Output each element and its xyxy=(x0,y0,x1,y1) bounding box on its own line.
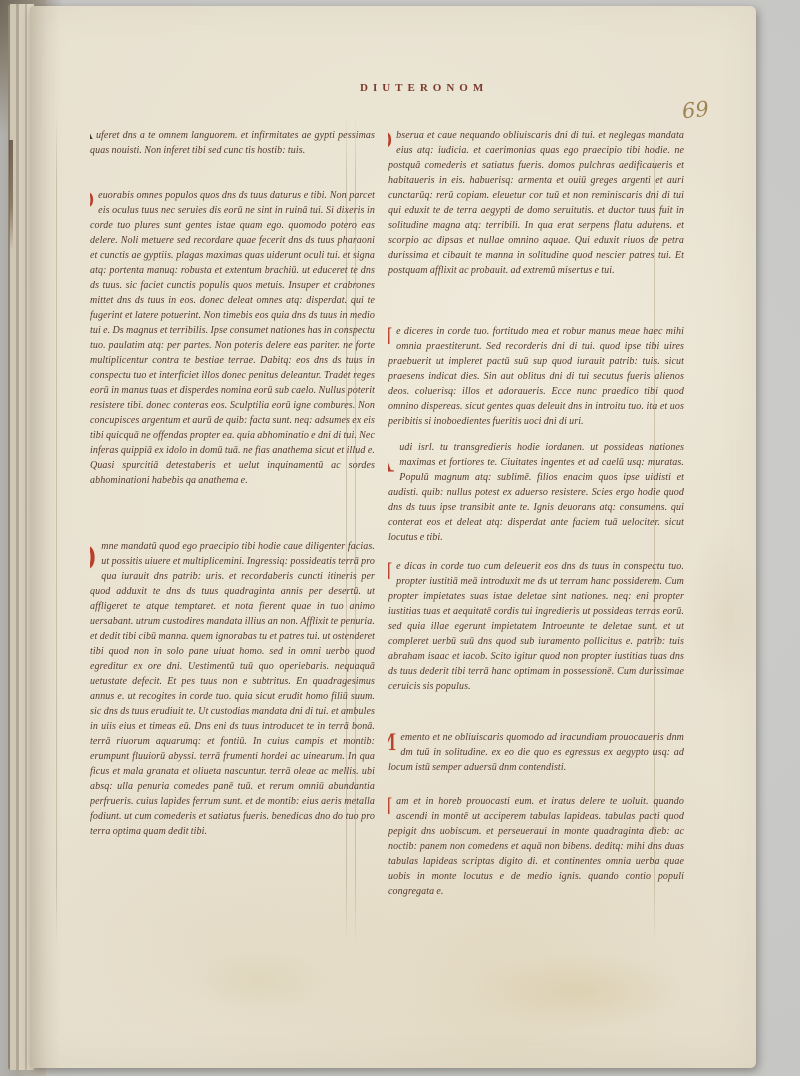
drop-cap-initial: O xyxy=(90,541,96,574)
text-paragraph: xxvi8Omne mandatū quod ego praecipio tib… xyxy=(90,539,375,839)
text-paragraph: xxviiii9Audi isrl. tu transgredieris hod… xyxy=(388,440,684,545)
drop-cap-initial: N xyxy=(388,560,392,583)
body-text: bserua et caue nequando obliuiscaris dni… xyxy=(388,130,684,276)
drop-cap-initial: D xyxy=(90,189,94,212)
body-text: e diceres in corde tuo. fortitudo mea et… xyxy=(388,326,684,427)
manuscript-page: DIUTERONOM 69 Auferet dns a te omnem lan… xyxy=(30,6,756,1068)
text-paragraph: xxviiiNe diceres in corde tuo. fortitudo… xyxy=(388,324,684,429)
text-paragraph: Auferet dns a te omnem languorem. et inf… xyxy=(90,128,375,158)
drop-cap-initial: A xyxy=(388,442,394,475)
text-paragraph: xxviiObserua et caue nequando obliuiscar… xyxy=(388,128,684,278)
text-column-left: Auferet dns a te omnem languorem. et inf… xyxy=(90,12,375,1012)
text-paragraph: xxxiMemento et ne obliuiscaris quomodo a… xyxy=(388,730,684,775)
body-text: e dicas in corde tuo cum deleuerit eos d… xyxy=(388,561,684,692)
body-text: am et in horeb prouocasti eum. et iratus… xyxy=(388,796,684,897)
drop-cap-initial: O xyxy=(388,129,392,152)
text-column-right: xxviiObserua et caue nequando obliuiscar… xyxy=(388,12,684,1012)
body-text: uferet dns a te omnem languorem. et infi… xyxy=(90,130,375,156)
versal-letter: A xyxy=(90,128,93,143)
body-text: udi isrl. tu transgredieris hodie iordan… xyxy=(388,442,684,543)
dark-page-edge-sliver xyxy=(9,140,13,250)
body-text: mne mandatū quod ego praecipio tibi hodi… xyxy=(90,541,375,837)
text-paragraph: xxxNe dicas in corde tuo cum deleuerit e… xyxy=(388,559,684,694)
drop-cap-initial: N xyxy=(388,795,392,818)
page-gutter-shading xyxy=(30,6,60,1068)
drop-cap-initial: N xyxy=(388,325,392,348)
body-text: euorabis omnes populos quos dns ds tuus … xyxy=(90,190,375,486)
folio-number: 69 xyxy=(681,97,710,124)
text-paragraph: xxxiiNam et in horeb prouocasti eum. et … xyxy=(388,794,684,899)
drop-cap-initial: M xyxy=(388,731,396,754)
text-paragraph: xxvDeuorabis omnes populos quos dns ds t… xyxy=(90,188,375,488)
body-text: emento et ne obliuiscaris quomodo ad ira… xyxy=(388,732,684,773)
